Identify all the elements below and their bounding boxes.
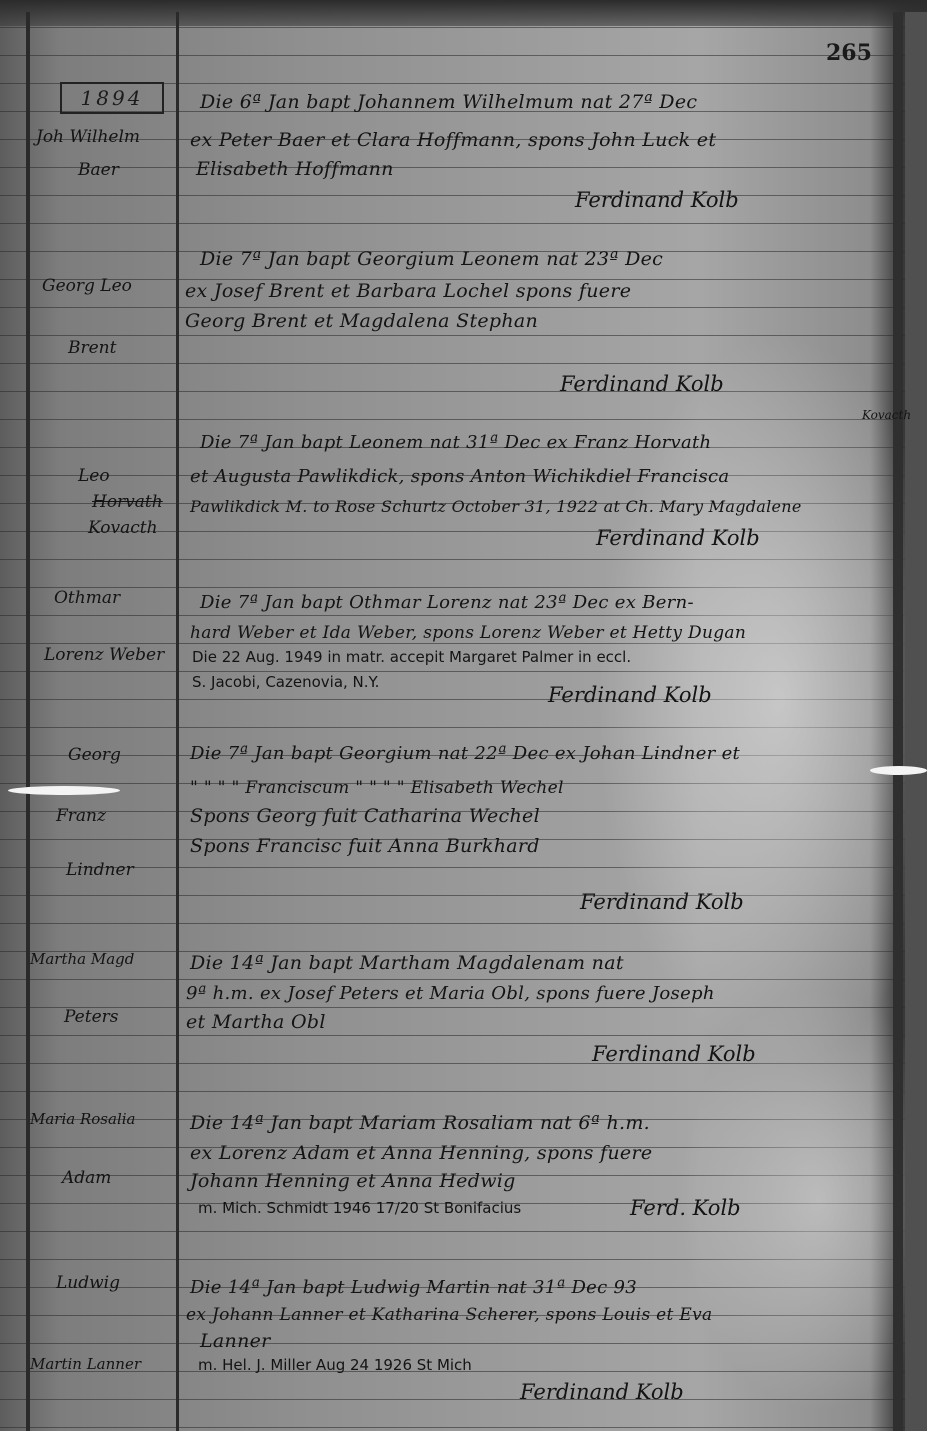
margin-surname-struck: Horvath xyxy=(92,492,163,512)
priest-signature: Ferd. Kolb xyxy=(630,1196,741,1220)
margin-name: Ludwig xyxy=(56,1273,120,1293)
entry-line: Spons Francisc fuit Anna Burkhard xyxy=(190,835,540,857)
margin-surname: Adam xyxy=(62,1168,111,1188)
correction-insert: Kovacth xyxy=(862,408,911,422)
margin-surname: Peters xyxy=(64,1007,118,1027)
entry-line: et Martha Obl xyxy=(186,1011,326,1033)
margin-surname-corrected: Kovacth xyxy=(88,518,158,538)
priest-signature: Ferdinand Kolb xyxy=(548,683,712,707)
entry-line: Die 14ª Jan bapt Mariam Rosaliam nat 6ª … xyxy=(190,1112,650,1134)
paper-tear-left xyxy=(8,786,120,795)
page-number: 265 xyxy=(826,40,872,66)
entry-line: ex Johann Lanner et Katharina Scherer, s… xyxy=(186,1305,712,1325)
entry-line: Johann Henning et Anna Hedwig xyxy=(190,1170,516,1192)
priest-signature: Ferdinand Kolb xyxy=(580,890,744,914)
margin-name: Othmar xyxy=(54,588,120,608)
margin-name-second: Franz xyxy=(56,806,106,826)
entry-line: Die 7ª Jan bapt Othmar Lorenz nat 23ª De… xyxy=(200,592,694,613)
entry-line: Spons Georg fuit Catharina Wechel xyxy=(190,805,540,827)
entry-line: Die 6ª Jan bapt Johannem Wilhelmum nat 2… xyxy=(200,91,697,113)
entry-line: et Augusta Pawlikdick, spons Anton Wichi… xyxy=(190,466,729,487)
ruled-column-line-right xyxy=(893,12,903,1431)
margin-surname: Baer xyxy=(78,160,119,180)
margin-surname: Brent xyxy=(68,338,116,358)
annotation-line: m. Mich. Schmidt 1946 17/20 St Bonifaciu… xyxy=(198,1199,521,1217)
ruled-column-line-outer xyxy=(26,12,30,1431)
year-box: 1894 xyxy=(60,82,164,114)
annotation-line: m. Hel. J. Miller Aug 24 1926 St Mich xyxy=(198,1356,472,1374)
priest-signature: Ferdinand Kolb xyxy=(596,526,760,550)
annotation-line: Die 22 Aug. 1949 in matr. accepit Margar… xyxy=(192,648,631,666)
priest-signature: Ferdinand Kolb xyxy=(560,372,724,396)
entry-line: Die 14ª Jan bapt Martham Magdalenam nat xyxy=(190,952,624,974)
page-top-shadow xyxy=(0,0,927,26)
entry-line: Die 7ª Jan bapt Georgium nat 22ª Dec ex … xyxy=(190,743,740,764)
register-page-scan: 265 1894 Joh Wilhelm Baer Die 6ª Jan bap… xyxy=(0,0,927,1431)
paper-tear-right xyxy=(870,766,927,775)
margin-name: Martha Magd xyxy=(30,950,134,968)
book-binding-edge xyxy=(905,12,927,1431)
margin-name: Georg Leo xyxy=(42,276,132,296)
entry-line: Lanner xyxy=(200,1330,271,1352)
entry-line: " " " " Franciscum " " " " Elisabeth Wec… xyxy=(190,778,564,798)
priest-signature: Ferdinand Kolb xyxy=(520,1380,684,1404)
ruled-column-line-margin xyxy=(176,12,179,1431)
entry-line: Pawlikdick M. to Rose Schurtz October 31… xyxy=(190,497,802,516)
margin-name: Georg xyxy=(68,745,121,765)
margin-surname: Martin Lanner xyxy=(30,1355,141,1373)
entry-line: ex Lorenz Adam et Anna Henning, spons fu… xyxy=(190,1142,652,1164)
entry-line: Die 7ª Jan bapt Leonem nat 31ª Dec ex Fr… xyxy=(200,432,711,453)
margin-name: Maria Rosalia xyxy=(30,1110,135,1128)
entry-line: Die 7ª Jan bapt Georgium Leonem nat 23ª … xyxy=(200,248,663,270)
annotation-line: S. Jacobi, Cazenovia, N.Y. xyxy=(192,673,379,691)
margin-name: Leo xyxy=(78,466,110,486)
margin-surname: Lorenz Weber xyxy=(44,645,164,665)
entry-line: Elisabeth Hoffmann xyxy=(196,158,394,180)
entry-line: 9ª h.m. ex Josef Peters et Maria Obl, sp… xyxy=(186,983,715,1004)
entry-line: Georg Brent et Magdalena Stephan xyxy=(185,310,538,332)
entry-line: Die 14ª Jan bapt Ludwig Martin nat 31ª D… xyxy=(190,1277,637,1298)
priest-signature: Ferdinand Kolb xyxy=(592,1042,756,1066)
entry-line: ex Josef Brent et Barbara Lochel spons f… xyxy=(185,280,631,302)
margin-surname: Lindner xyxy=(66,860,134,880)
priest-signature: Ferdinand Kolb xyxy=(575,188,739,212)
entry-line: hard Weber et Ida Weber, spons Lorenz We… xyxy=(190,623,746,643)
margin-name: Joh Wilhelm xyxy=(36,127,140,147)
entry-line: ex Peter Baer et Clara Hoffmann, spons J… xyxy=(190,129,716,151)
